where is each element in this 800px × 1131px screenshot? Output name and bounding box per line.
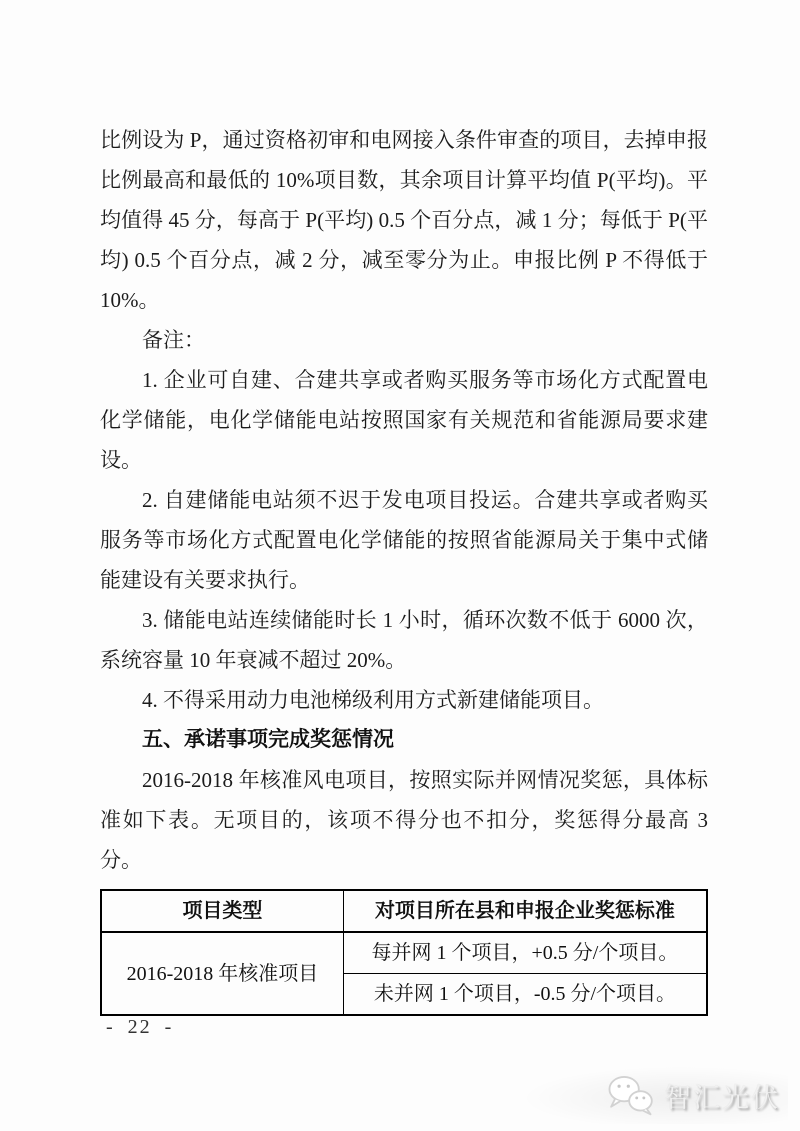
table-header-row: 项目类型 对项目所在县和申报企业奖惩标准 — [101, 890, 707, 932]
wechat-icon — [604, 1073, 656, 1117]
note-item-4: 4. 不得采用动力电池梯级利用方式新建储能项目。 — [100, 680, 708, 720]
section-heading: 五、承诺事项完成奖惩情况 — [100, 720, 708, 760]
document-page: { "doc": { "para_continued": "比例设为 P，通过资… — [0, 0, 800, 1131]
section-intro: 2016-2018 年核准风电项目，按照实际并网情况奖惩，具体标准如下表。无项目… — [100, 760, 708, 880]
note-item-1: 1. 企业可自建、合建共享或者购买服务等市场化方式配置电化学储能，电化学储能电站… — [100, 360, 708, 480]
cell-criterion-not-connected: 未并网 1 个项目，-0.5 分/个项目。 — [343, 974, 707, 1016]
cell-criterion-connected: 每并网 1 个项目，+0.5 分/个项目。 — [343, 932, 707, 974]
brand-watermark: 智汇光伏 — [520, 1066, 788, 1124]
note-item-2: 2. 自建储能电站须不迟于发电项目投运。合建共享或者购买服务等市场化方式配置电化… — [100, 480, 708, 600]
paragraph-scoring-rule: 比例设为 P，通过资格初审和电网接入条件审查的项目，去掉申报比例最高和最低的 1… — [100, 120, 708, 320]
table-row: 2016-2018 年核准项目 每并网 1 个项目，+0.5 分/个项目。 — [101, 932, 707, 974]
reward-penalty-table: 项目类型 对项目所在县和申报企业奖惩标准 2016-2018 年核准项目 每并网… — [100, 889, 708, 1016]
note-item-3: 3. 储能电站连续储能时长 1 小时，循环次数不低于 6000 次，系统容量 1… — [100, 600, 708, 680]
column-header-project-type: 项目类型 — [101, 890, 343, 932]
cell-project-type: 2016-2018 年核准项目 — [101, 932, 343, 1015]
column-header-reward-standard: 对项目所在县和申报企业奖惩标准 — [343, 890, 707, 932]
page-number: - 22 - — [106, 1016, 173, 1039]
document-body: 比例设为 P，通过资格初审和电网接入条件审查的项目，去掉申报比例最高和最低的 1… — [100, 120, 708, 1016]
brand-name: 智汇光伏 — [664, 1076, 780, 1115]
notes-label: 备注： — [100, 320, 708, 360]
